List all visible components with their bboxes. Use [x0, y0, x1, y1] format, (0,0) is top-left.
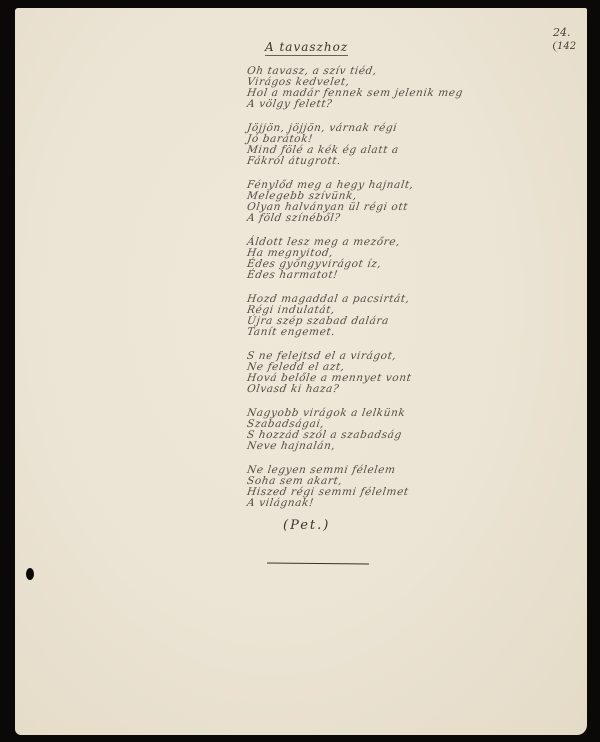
folio-number: 24. 142: [553, 26, 587, 52]
stanza: Áldott lesz meg a mezőre,Ha megnyitod,Éd…: [247, 237, 497, 281]
poem-title: A tavaszhoz: [265, 40, 348, 56]
manuscript-page: 24. 142 A tavaszhoz Oh tavasz, a szív ti…: [15, 8, 587, 735]
stanza: Hozd magaddal a pacsirtát,Régi indulatát…: [247, 294, 497, 338]
closing-rule: [267, 562, 369, 564]
poem-line: A völgy felett?: [246, 99, 498, 110]
poem-line: Fákról átugrott.: [246, 156, 498, 167]
stanza: Ne legyen semmi félelemSoha sem akart,Hi…: [247, 465, 497, 509]
signature: (Pet.): [283, 518, 330, 533]
poem-line: A világnak!: [246, 498, 498, 509]
poem-line: A föld színéből?: [246, 213, 498, 224]
poem-line: Édes harmatot!: [246, 270, 498, 281]
paper-notch: [26, 568, 34, 580]
stanza: S ne felejtsd el a virágot,Ne feledd el …: [247, 351, 497, 395]
stanza: Nagyobb virágok a lelkünkSzabadságai,S h…: [247, 408, 497, 452]
stanza: Jöjjön, jöjjön, várnak régiJó barátok!Mi…: [247, 123, 497, 167]
poem-body: Oh tavasz, a szív tiéd,Virágos kedvelet,…: [247, 66, 497, 522]
stanza: Oh tavasz, a szív tiéd,Virágos kedvelet,…: [247, 66, 497, 110]
poem-line: Neve hajnalán,: [246, 441, 498, 452]
page-number: 24.: [553, 26, 571, 39]
poem-line: Tanít engemet.: [246, 327, 498, 338]
stanza: Fénylőd meg a hegy hajnalt,Melegebb szív…: [247, 180, 497, 224]
poem-line: Olvasd ki haza?: [246, 384, 498, 395]
circled-folio-number: 142: [553, 41, 579, 52]
